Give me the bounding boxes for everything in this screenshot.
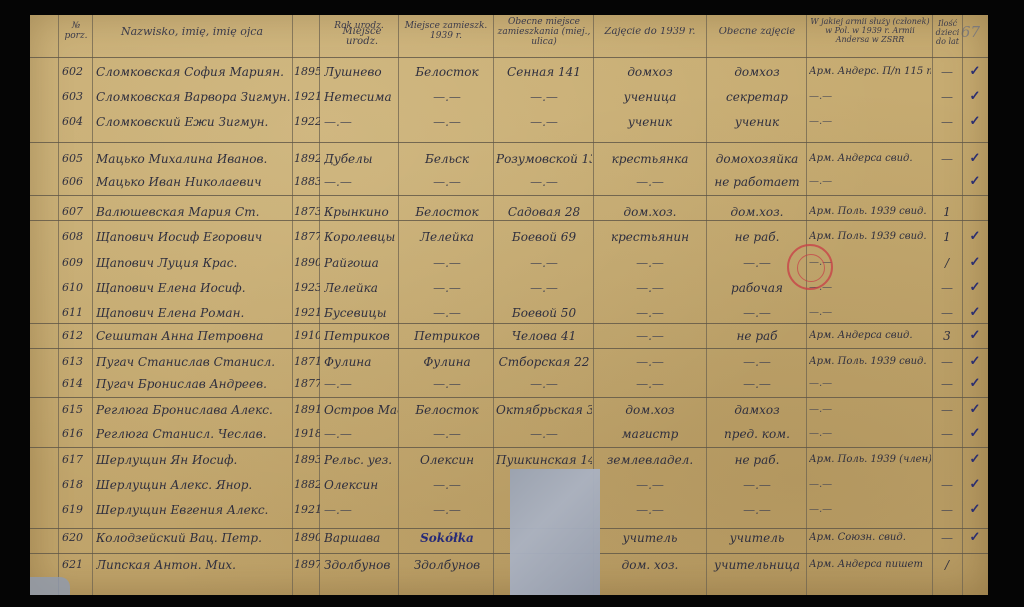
birth-year: 1883 (294, 175, 320, 189)
army-service: —.— (809, 281, 931, 295)
header-birthplace: Miejsce urodz. (326, 27, 398, 47)
row-number: 610 (62, 281, 92, 295)
person-name: Сешитан Анна Петровна (96, 329, 292, 343)
current-address: —.— (496, 427, 592, 441)
column-divider (92, 15, 93, 595)
row-number: 613 (62, 355, 92, 369)
column-divider (493, 15, 494, 595)
current-occupation: домхоз (708, 65, 806, 79)
row-number: 605 (62, 152, 92, 166)
column-divider (58, 15, 59, 595)
army-service: Арм. Поль. 1939 свид. (809, 355, 931, 369)
row-number: 604 (62, 115, 92, 129)
row-number: 616 (62, 427, 92, 441)
row-divider (30, 553, 988, 554)
register-page: 67 № porz. Nazwisko, imię, imię ojca Rok… (30, 15, 988, 595)
residence-1939: —.— (402, 478, 492, 492)
row-number: 602 (62, 65, 92, 79)
birth-year: 1918 (294, 427, 320, 441)
birthplace: —.— (324, 503, 398, 517)
person-name: Щапович Луция Крас. (96, 256, 292, 270)
birth-year: 1890 (294, 531, 320, 545)
birth-year: 1921 (294, 503, 320, 517)
occupation-1939: магистр (596, 427, 704, 441)
header-no: № porz. (60, 21, 92, 41)
birth-year: 1897 (294, 558, 320, 572)
birth-year: 1891 (294, 403, 320, 417)
children-count: — (934, 427, 960, 441)
current-occupation: пред. ком. (708, 427, 806, 441)
birthplace: Бусевицы (324, 306, 398, 320)
check-mark: ✓ (964, 531, 986, 545)
header-current-occupation: Obecne zajęcie (708, 27, 806, 37)
check-mark: ✓ (964, 306, 986, 320)
army-service: Арм. Поль. 1939 свид. (809, 205, 931, 219)
current-occupation: —.— (708, 503, 806, 517)
birth-year: 1871 (294, 355, 320, 369)
current-occupation: —.— (708, 377, 806, 391)
person-name: Мацько Иван Николаевич (96, 175, 292, 189)
row-divider (30, 195, 988, 196)
current-occupation: —.— (708, 306, 806, 320)
residence-1939: Фулина (402, 355, 492, 369)
birthplace: Нетесима (324, 90, 398, 104)
residence-1939: Олексин (402, 453, 492, 467)
birth-year: 1921 (294, 90, 320, 104)
column-divider (806, 15, 807, 595)
army-service: Арм. Союзн. свид. (809, 531, 931, 545)
residence-1939: —.— (402, 281, 492, 295)
birthplace: Дубелы (324, 152, 398, 166)
residence-1939: —.— (402, 115, 492, 129)
children-count: / (934, 256, 960, 270)
check-mark: ✓ (964, 355, 986, 369)
row-divider (30, 220, 988, 221)
row-divider (30, 142, 988, 143)
tape-patch-corner (30, 577, 70, 595)
army-service: —.— (809, 306, 931, 320)
column-divider (292, 15, 293, 595)
occupation-1939: домхоз (596, 65, 704, 79)
current-address: —.— (496, 115, 592, 129)
birth-year: 1873 (294, 205, 320, 219)
current-occupation: учитель (708, 531, 806, 545)
header-name: Nazwisko, imię, imię ojca (94, 27, 290, 37)
occupation-1939: —.— (596, 503, 704, 517)
check-mark: ✓ (964, 377, 986, 391)
person-name: Валюшевская Мария Ст. (96, 205, 292, 219)
children-count: — (934, 306, 960, 320)
row-divider (30, 57, 988, 58)
army-service: Арм. Андерса свид. (809, 152, 931, 166)
army-service: Арм. Андерс. П/п 115 пп. (809, 65, 931, 79)
children-count: 3 (934, 329, 960, 343)
army-service: —.— (809, 90, 931, 104)
column-divider (706, 15, 707, 595)
children-count: — (934, 478, 960, 492)
header-current-address: Obecne miejsce zamieszkania (miej., ulic… (495, 17, 593, 47)
check-mark: ✓ (964, 503, 986, 517)
birthplace: Здолбунов (324, 558, 398, 572)
army-service: —.— (809, 403, 931, 417)
birthplace: Рельс. уез. (324, 453, 398, 467)
row-number: 606 (62, 175, 92, 189)
birth-year: 1877 (294, 377, 320, 391)
current-address: —.— (496, 175, 592, 189)
row-number: 612 (62, 329, 92, 343)
row-number: 615 (62, 403, 92, 417)
row-number: 608 (62, 230, 92, 244)
occupation-1939: учитель (596, 531, 704, 545)
row-number: 614 (62, 377, 92, 391)
column-divider (932, 15, 933, 595)
check-mark: ✓ (964, 152, 986, 166)
residence-1939: —.— (402, 503, 492, 517)
birth-year: 1890 (294, 256, 320, 270)
birthplace: Райгоша (324, 256, 398, 270)
current-address: —.— (496, 90, 592, 104)
check-mark: ✓ (964, 90, 986, 104)
children-count: — (934, 531, 960, 545)
birthplace: —.— (324, 115, 398, 129)
occupation-1939: —.— (596, 256, 704, 270)
children-count: — (934, 90, 960, 104)
check-mark: ✓ (964, 453, 986, 467)
birthplace: —.— (324, 175, 398, 189)
person-name: Щапович Елена Иосиф. (96, 281, 292, 295)
check-mark: ✓ (964, 256, 986, 270)
children-count: — (934, 403, 960, 417)
children-count: — (934, 355, 960, 369)
current-occupation: не работает (708, 175, 806, 189)
current-occupation: рабочая (708, 281, 806, 295)
current-address: Садовая 28 (496, 205, 592, 219)
occupation-1939: ученик (596, 115, 704, 129)
occupation-1939: —.— (596, 281, 704, 295)
occupation-1939: —.— (596, 306, 704, 320)
army-service: Арм. Андерса свид. (809, 329, 931, 343)
birth-year: 1893 (294, 453, 320, 467)
children-count: — (934, 281, 960, 295)
army-service: —.— (809, 115, 931, 129)
row-divider (30, 348, 988, 349)
residence-1939: —.— (402, 427, 492, 441)
row-number: 621 (62, 558, 92, 572)
current-address: Боевой 50 (496, 306, 592, 320)
current-address: Октябрьская 34 (496, 403, 592, 417)
row-number: 619 (62, 503, 92, 517)
person-name: Колодзейский Вац. Петр. (96, 531, 292, 545)
current-address: Стборская 22 (496, 355, 592, 369)
current-address: Сенная 141 (496, 65, 592, 79)
current-occupation: ученик (708, 115, 806, 129)
birthplace: Фулина (324, 355, 398, 369)
check-mark: ✓ (964, 427, 986, 441)
occupation-1939: —.— (596, 478, 704, 492)
current-occupation: не раб. (708, 453, 806, 467)
current-occupation: домохозяйка (708, 152, 806, 166)
occupation-1939: —.— (596, 355, 704, 369)
current-occupation: дамхоз (708, 403, 806, 417)
person-name: Сломковская Варвора Зигмун. (96, 90, 292, 104)
person-name: Реглюга Станисл. Чеслав. (96, 427, 292, 441)
row-number: 617 (62, 453, 92, 467)
row-number: 611 (62, 306, 92, 320)
person-name: Сломковский Ежи Зигмун. (96, 115, 292, 129)
row-divider (30, 323, 988, 324)
occupation-1939: дом.хоз (596, 403, 704, 417)
row-number: 618 (62, 478, 92, 492)
person-name: Липская Антон. Мих. (96, 558, 292, 572)
birth-year: 1877 (294, 230, 320, 244)
current-address: —.— (496, 256, 592, 270)
check-mark: ✓ (964, 175, 986, 189)
current-occupation: —.— (708, 355, 806, 369)
birth-year: 1923 (294, 281, 320, 295)
tape-patch (510, 469, 600, 595)
residence-1939: Бельск (402, 152, 492, 166)
birth-year: 1922 (294, 115, 320, 129)
row-divider (30, 397, 988, 398)
birthplace: Остров Мас. (324, 403, 398, 417)
column-divider (398, 15, 399, 595)
birthplace: —.— (324, 377, 398, 391)
army-service: Арм. Поль. 1939 свид. (809, 230, 931, 244)
check-mark: ✓ (964, 329, 986, 343)
children-count: — (934, 377, 960, 391)
current-occupation: —.— (708, 478, 806, 492)
birthplace: Лушнево (324, 65, 398, 79)
check-mark: ✓ (964, 478, 986, 492)
page-number: 67 (961, 23, 980, 41)
current-address: —.— (496, 377, 592, 391)
current-occupation: учительница (708, 558, 806, 572)
children-count: — (934, 503, 960, 517)
header-children: Ilość dzieci do lat (933, 19, 962, 46)
birthplace: —.— (324, 427, 398, 441)
residence-1939: —.— (402, 306, 492, 320)
row-number: 620 (62, 531, 92, 545)
children-count: — (934, 115, 960, 129)
army-service: —.— (809, 427, 931, 441)
person-name: Щапович Елена Роман. (96, 306, 292, 320)
birth-year: 1892 (294, 152, 320, 166)
check-mark: ✓ (964, 115, 986, 129)
army-service: Арм. Поль. 1939 (член) (809, 453, 931, 467)
birthplace: Лелейка (324, 281, 398, 295)
person-name: Шерлущин Ян Иосиф. (96, 453, 292, 467)
row-divider (30, 528, 988, 529)
occupation-1939: —.— (596, 175, 704, 189)
occupation-1939: ученица (596, 90, 704, 104)
current-address: Боевой 69 (496, 230, 592, 244)
army-service: —.— (809, 478, 931, 492)
current-address: —.— (496, 281, 592, 295)
children-count: — (934, 152, 960, 166)
birthplace: Варшава (324, 531, 398, 545)
children-count: — (934, 65, 960, 79)
check-mark: ✓ (964, 65, 986, 79)
current-occupation: дом.хоз. (708, 205, 806, 219)
occupation-1939: —.— (596, 377, 704, 391)
residence-1939: —.— (402, 256, 492, 270)
residence-1939: —.— (402, 377, 492, 391)
birthplace: Крынкино (324, 205, 398, 219)
birthplace: Королевцы (324, 230, 398, 244)
column-divider (962, 15, 963, 595)
person-name: Шерлущин Алекс. Янор. (96, 478, 292, 492)
children-count: 1 (934, 230, 960, 244)
children-count: 1 (934, 205, 960, 219)
person-name: Сломковская София Мариян. (96, 65, 292, 79)
residence-1939: Лелейка (402, 230, 492, 244)
check-mark: ✓ (964, 281, 986, 295)
person-name: Щапович Иосиф Егорович (96, 230, 292, 244)
current-address: Челова 41 (496, 329, 592, 343)
person-name: Шерлущин Евгения Алекс. (96, 503, 292, 517)
children-count: / (934, 558, 960, 572)
army-service: Арм. Андерса пишет (809, 558, 931, 572)
person-name: Пугач Бронислав Андреев. (96, 377, 292, 391)
person-name: Реглюга Бронислава Алекс. (96, 403, 292, 417)
residence-1939: —.— (402, 175, 492, 189)
header-residence-1939: Miejsce zamieszk. 1939 r. (400, 21, 492, 41)
occupation-1939: —.— (596, 329, 704, 343)
army-service: —.— (809, 503, 931, 517)
person-name: Пугач Станислав Станисл. (96, 355, 292, 369)
current-address: Розумовской 13 (496, 152, 592, 166)
current-address: Пушкинская 14 (496, 453, 592, 467)
row-number: 607 (62, 205, 92, 219)
residence-1939: Белосток (402, 403, 492, 417)
person-name: Мацько Михалина Иванов. (96, 152, 292, 166)
birth-year: 1910 (294, 329, 320, 343)
red-stamp (787, 244, 833, 290)
residence-1939: Здолбунов (402, 558, 492, 572)
row-number: 603 (62, 90, 92, 104)
header-army: W jakiej armii służy (członek) w Pol. w … (808, 17, 932, 44)
current-occupation: не раб. (708, 230, 806, 244)
current-occupation: не раб (708, 329, 806, 343)
occupation-1939: крестьянин (596, 230, 704, 244)
occupation-1939: дом. хоз. (596, 558, 704, 572)
header-occupation-1939: Zajęcie do 1939 r. (595, 27, 705, 37)
residence-1939: Петриков (402, 329, 492, 343)
residence-1939: —.— (402, 90, 492, 104)
occupation-1939: землевладел. (596, 453, 704, 467)
army-service: —.— (809, 175, 931, 189)
row-number: 609 (62, 256, 92, 270)
birthplace: Петриков (324, 329, 398, 343)
birthplace: Олексин (324, 478, 398, 492)
row-divider (30, 447, 988, 448)
residence-1939: Белосток (402, 205, 492, 219)
occupation-1939: крестьянка (596, 152, 704, 166)
check-mark: ✓ (964, 403, 986, 417)
check-mark: ✓ (964, 230, 986, 244)
current-occupation: секретар (708, 90, 806, 104)
birth-year: 1921 (294, 306, 320, 320)
occupation-1939: дом.хоз. (596, 205, 704, 219)
birth-year: 1895 (294, 65, 320, 79)
birth-year: 1882 (294, 478, 320, 492)
residence-1939: Sokółka (402, 531, 492, 545)
residence-1939: Белосток (402, 65, 492, 79)
army-service: —.— (809, 377, 931, 391)
